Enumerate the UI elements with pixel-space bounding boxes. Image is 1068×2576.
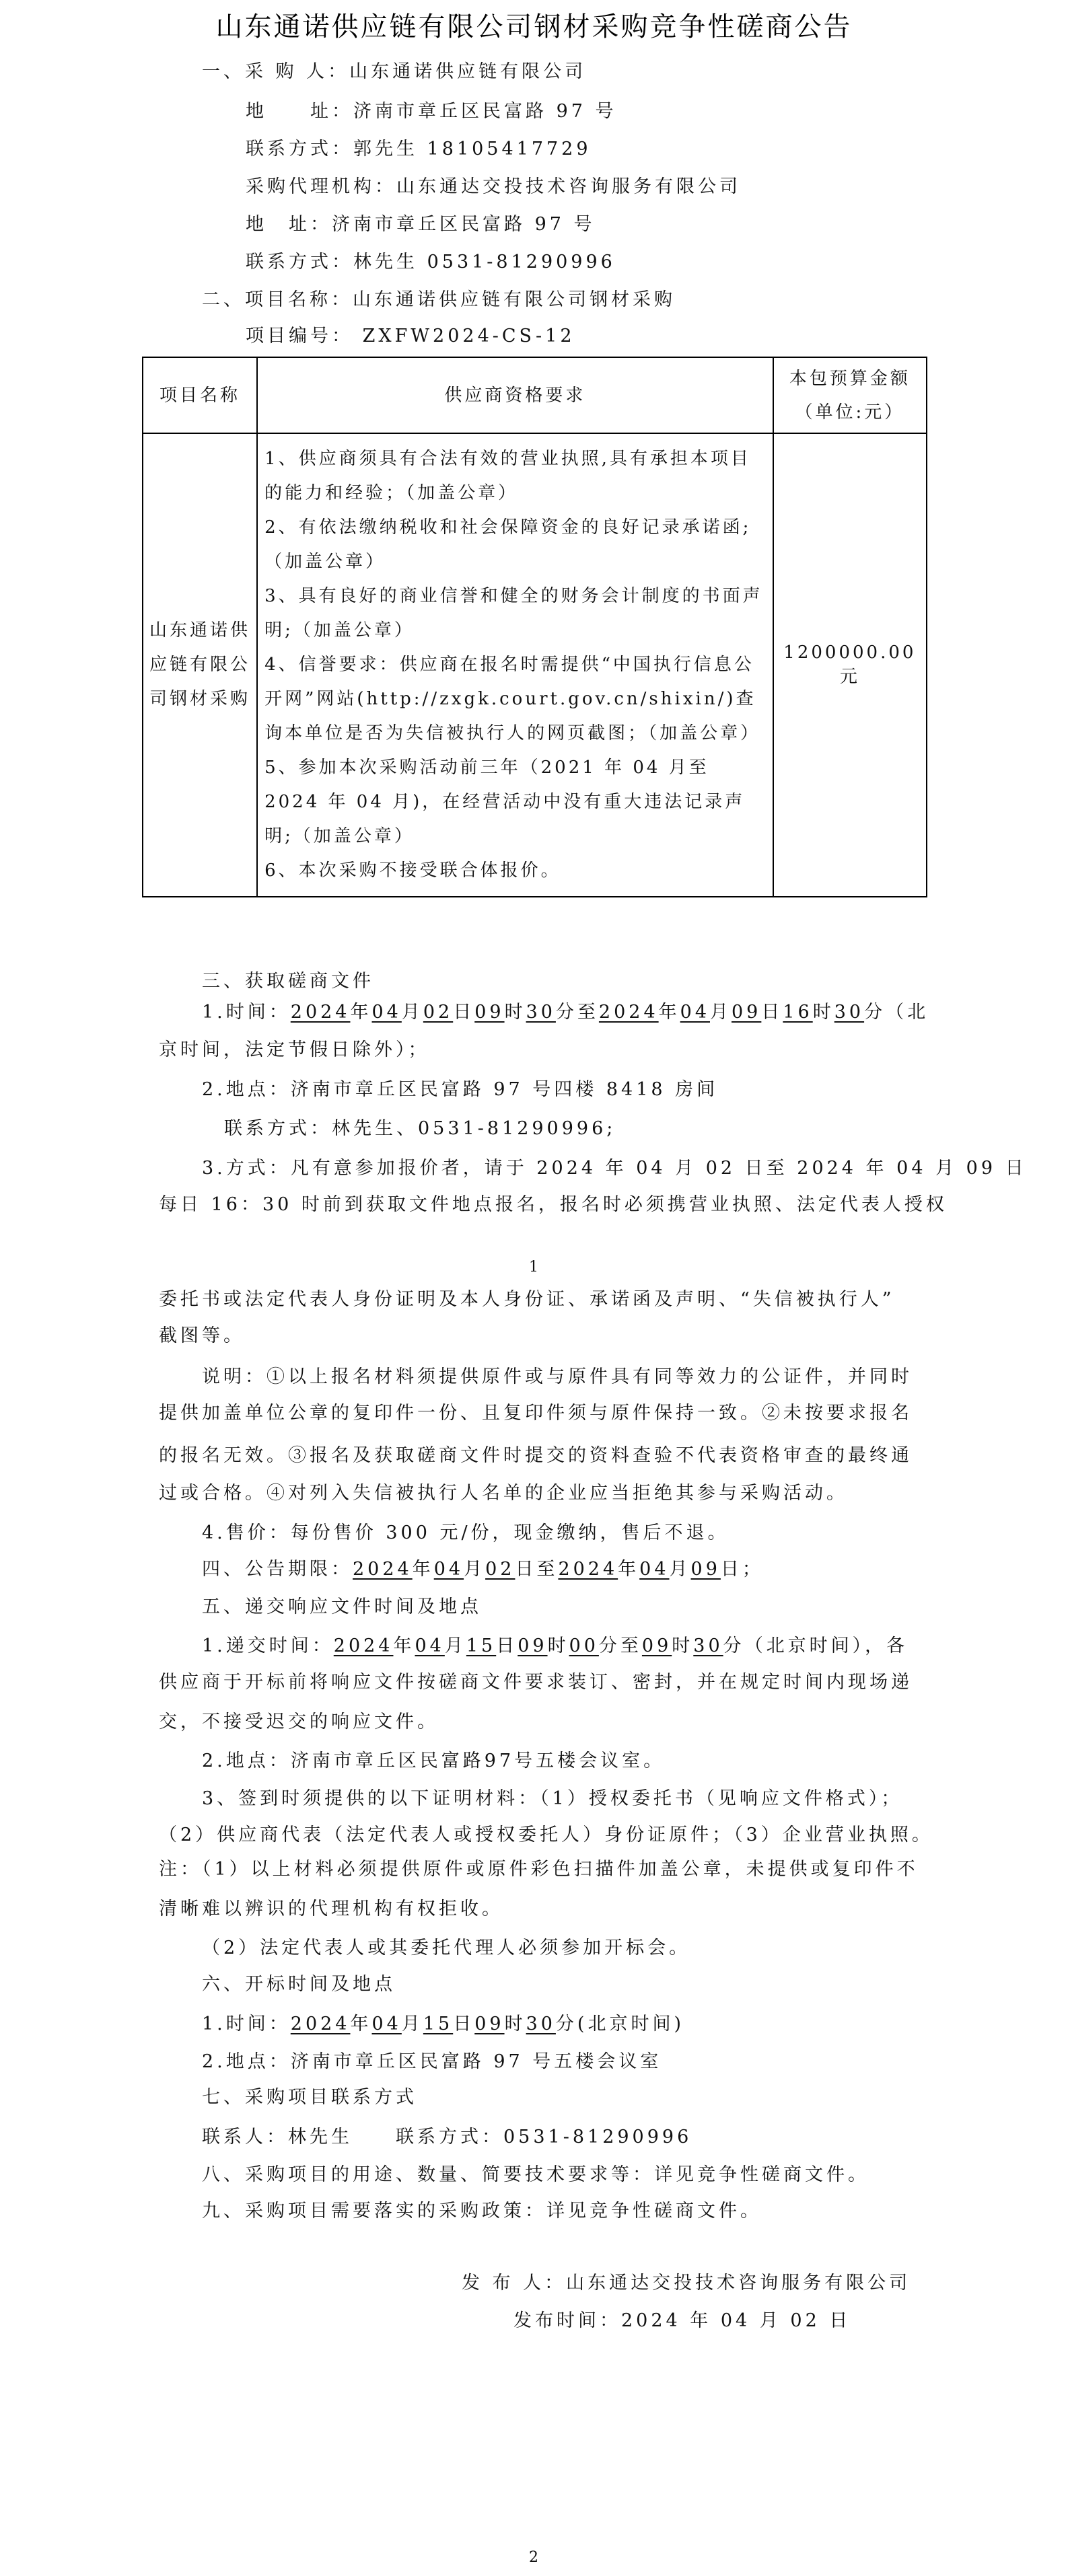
header-budget: 本包预算金额 （单位:元） [773, 357, 927, 433]
date-unit: 年 [659, 1002, 680, 1023]
section3-time-cont: 京时间，法定节假日除外）； [159, 1039, 430, 1062]
section5-time: 1.递交时间：2024年04月15日09时00分至09时30分（北京时间），各 [202, 1635, 908, 1658]
section3-time: 1.时间：2024年04月02日09时30分至2024年04月09日16时30分… [202, 1001, 929, 1024]
date-unit: 时 [548, 1635, 569, 1656]
section3-heading: 三、获取磋商文件 [202, 970, 374, 993]
date-unit: 分(北京时间) [556, 2014, 684, 2034]
project-code-line: 项目编号： ZXFW2024-CS-12 [246, 325, 575, 348]
purchaser-line: 一、采 购 人：山东通诺供应链有限公司 [202, 61, 586, 83]
table-header-row: 项目名称 供应商资格要求 本包预算金额 （单位:元） [143, 357, 927, 433]
date-value: 04 [415, 1635, 444, 1656]
section6-time: 1.时间：2024年04月15日09时30分(北京时间) [202, 2013, 684, 2036]
agency-line: 采购代理机构：山东通达交投技术咨询服务有限公司 [246, 176, 741, 198]
section5-signin: 清晰难以辨识的代理机构有权拒收。 [159, 1898, 503, 1921]
date-unit: 时 [672, 1635, 693, 1656]
publish-date: 发布时间：2024 年 04 月 02 日 [513, 2310, 851, 2332]
date-value: 04 [680, 1002, 710, 1023]
section3-note: 的报名无效。③报名及获取磋商文件时提交的资料查验不代表资格审查的最终通 [159, 1444, 913, 1467]
date-value: 09 [642, 1635, 672, 1656]
cell-project-name: 山东通诺供应链有限公司钢材采购 [143, 433, 257, 897]
section7-contact: 联系人：林先生 联系方式：0531-81290996 [202, 2126, 692, 2149]
date-value: 2024 [599, 1002, 659, 1023]
date-unit: 月 [464, 1559, 485, 1580]
requirement-item: 5、参加本次采购活动前三年（2021 年 04 月至 2024 年 04 月)，… [264, 751, 767, 854]
date-unit: 日 [453, 2014, 474, 2034]
agency-contact: 联系方式：林先生 0531-81290996 [246, 251, 616, 274]
requirement-item: 2、有依法缴纳税收和社会保障资金的良好记录承诺函;（加盖公章） [264, 511, 767, 579]
date-unit: 年 [618, 1559, 639, 1580]
section5-signin: 3、签到时须提供的以下证明材料：（1）授权委托书（见响应文件格式）； [202, 1788, 902, 1810]
date-value: 15 [423, 2014, 453, 2034]
date-value: 02 [423, 1002, 453, 1023]
section3-method: 每日 16：30 时前到获取文件地点报名，报名时必须携营业执照、法定代表人授权 [159, 1193, 948, 1216]
section3-note: 提供加盖单位公章的复印件一份、且复印件须与原件保持一致。②未按要求报名 [159, 1402, 913, 1425]
period-label: 四、公告期限： [202, 1559, 353, 1580]
date-unit: 时 [505, 1002, 526, 1023]
section6-place: 2.地点：济南市章丘区民富路 97 号五楼会议室 [202, 2051, 662, 2073]
date-unit: 分（北京时间），各 [723, 1635, 909, 1656]
time-label: 1.时间： [202, 2014, 291, 2034]
time-label: 1.递交时间： [202, 1635, 334, 1656]
date-value: 2024 [334, 1635, 394, 1656]
date-value: 09 [518, 1635, 547, 1656]
date-value: 09 [474, 1002, 504, 1023]
date-value: 2024 [291, 1002, 351, 1023]
header-project-name: 项目名称 [143, 357, 257, 433]
date-unit: 年 [413, 1559, 434, 1580]
date-unit: 日 [453, 1002, 474, 1023]
date-unit: 时 [505, 2014, 526, 2034]
date-value: 2024 [558, 1559, 618, 1580]
header-requirements: 供应商资格要求 [257, 357, 773, 433]
section3-method: 截图等。 [159, 1325, 245, 1348]
section5-signin: （2）供应商代表（法定代表人或授权委托人）身份证原件；（3）企业营业执照。 [159, 1824, 933, 1847]
section5-heading: 五、递交响应文件时间及地点 [202, 1596, 482, 1619]
time-label: 1.时间： [202, 1002, 291, 1023]
page-number: 1 [529, 1259, 538, 1276]
date-unit: 年 [350, 1002, 371, 1023]
requirement-item: 3、具有良好的商业信誉和健全的财务会计制度的书面声明;（加盖公章） [264, 579, 767, 648]
date-value: 30 [834, 1002, 864, 1023]
date-value: 2024 [353, 1559, 413, 1580]
section5-signin: 注：（1）以上材料必须提供原件或原件彩色扫描件加盖公章，未提供或复印件不 [159, 1858, 919, 1881]
date-unit: 月 [445, 1635, 466, 1656]
page-number: 2 [529, 2549, 538, 2567]
section4-period: 四、公告期限：2024年04月02日至2024年04月09日； [202, 1558, 764, 1581]
date-value: 09 [691, 1559, 721, 1580]
section3-contact: 联系方式：林先生、0531-81290996; [224, 1117, 616, 1140]
section5-time-cont: 交，不接受迟交的响应文件。 [159, 1711, 439, 1734]
project-name-line: 二、项目名称：山东通诺供应链有限公司钢材采购 [202, 289, 676, 311]
date-value: 04 [434, 1559, 464, 1580]
section3-method: 3.方式：凡有意参加报价者，请于 2024 年 04 月 02 日至 2024 … [202, 1157, 1027, 1180]
qualification-table: 项目名称 供应商资格要求 本包预算金额 （单位:元） 山东通诺供应链有限公司钢材… [142, 357, 927, 897]
date-value: 16 [783, 1002, 812, 1023]
requirement-item: 6、本次采购不接受联合体报价。 [264, 854, 767, 888]
section3-note: 说明：①以上报名材料须提供原件或与原件具有同等效力的公证件，并同时 [202, 1366, 913, 1389]
date-value: 30 [526, 1002, 556, 1023]
purchaser-contact: 联系方式：郭先生 18105417729 [246, 138, 592, 161]
section5-time-cont: 供应商于开标前将响应文件按磋商文件要求装订、密封，并在规定时间内现场递 [159, 1671, 913, 1694]
date-value: 02 [485, 1559, 515, 1580]
section3-method: 委托书或法定代表人身份证明及本人身份证、承诺函及声明、“失信被执行人” [159, 1288, 895, 1311]
date-value: 04 [371, 1002, 401, 1023]
purchaser-address: 地 址：济南市章丘区民富路 97 号 [246, 100, 617, 123]
section7-heading: 七、采购项目联系方式 [202, 2086, 417, 2109]
date-unit: 月 [402, 1002, 423, 1023]
date-value: 15 [466, 1635, 496, 1656]
section9-text: 九、采购项目需要落实的采购政策：详见竞争性磋商文件。 [202, 2200, 762, 2223]
date-unit: 日 [496, 1635, 518, 1656]
date-value: 30 [526, 2014, 556, 2034]
section3-note: 过或合格。④对列入失信被执行人名单的企业应当拒绝其参与采购活动。 [159, 1482, 848, 1505]
date-unit: 日至 [515, 1559, 558, 1580]
agency-address: 地 址：济南市章丘区民富路 97 号 [246, 213, 596, 236]
document-title: 山东通诺供应链有限公司钢材采购竞争性磋商公告 [0, 9, 1068, 44]
date-unit: 年 [350, 2014, 371, 2034]
date-unit: 月 [670, 1559, 691, 1580]
requirement-item: 1、供应商须具有合法有效的营业执照,具有承担本项目的能力和经验；（加盖公章） [264, 442, 767, 511]
section8-text: 八、采购项目的用途、数量、简要技术要求等：详见竞争性磋商文件。 [202, 2164, 869, 2186]
header-budget-label: 本包预算金额 [774, 362, 926, 396]
date-unit: 分至 [599, 1635, 642, 1656]
date-value: 09 [732, 1002, 761, 1023]
header-budget-unit: （单位:元） [774, 396, 926, 429]
date-value: 2024 [291, 2014, 351, 2034]
table-row: 山东通诺供应链有限公司钢材采购 1、供应商须具有合法有效的营业执照,具有承担本项… [143, 433, 927, 897]
date-unit: 分至 [556, 1002, 599, 1023]
cell-budget: 1200000.00 元 [773, 433, 927, 897]
section5-signin: （2）法定代表人或其委托代理人必须参加开标会。 [202, 1937, 690, 1960]
section3-price: 4.售价：每份售价 300 元/份，现金缴纳，售后不退。 [202, 1522, 729, 1545]
date-unit: 时 [813, 1002, 834, 1023]
date-unit: 月 [402, 2014, 423, 2034]
date-value: 04 [639, 1559, 669, 1580]
date-value: 04 [371, 2014, 401, 2034]
publisher: 发 布 人：山东通达交投技术咨询服务有限公司 [462, 2272, 911, 2295]
date-unit: 日； [721, 1559, 764, 1580]
date-value: 30 [693, 1635, 723, 1656]
date-unit: 年 [393, 1635, 415, 1656]
section3-place: 2.地点：济南市章丘区民富路 97 号四楼 8418 房间 [202, 1078, 718, 1101]
date-value: 00 [569, 1635, 599, 1656]
date-unit: 日 [761, 1002, 783, 1023]
date-value: 09 [474, 2014, 504, 2034]
section6-heading: 六、开标时间及地点 [202, 1973, 396, 1996]
cell-requirements: 1、供应商须具有合法有效的营业执照,具有承担本项目的能力和经验；（加盖公章） 2… [257, 433, 773, 897]
date-unit: 分（北 [864, 1002, 929, 1023]
requirement-item: 4、信誉要求：供应商在报名时需提供“中国执行信息公开网”网站(http://zx… [264, 648, 767, 751]
date-unit: 月 [710, 1002, 732, 1023]
section5-place: 2.地点：济南市章丘区民富路97号五楼会议室。 [202, 1750, 665, 1773]
